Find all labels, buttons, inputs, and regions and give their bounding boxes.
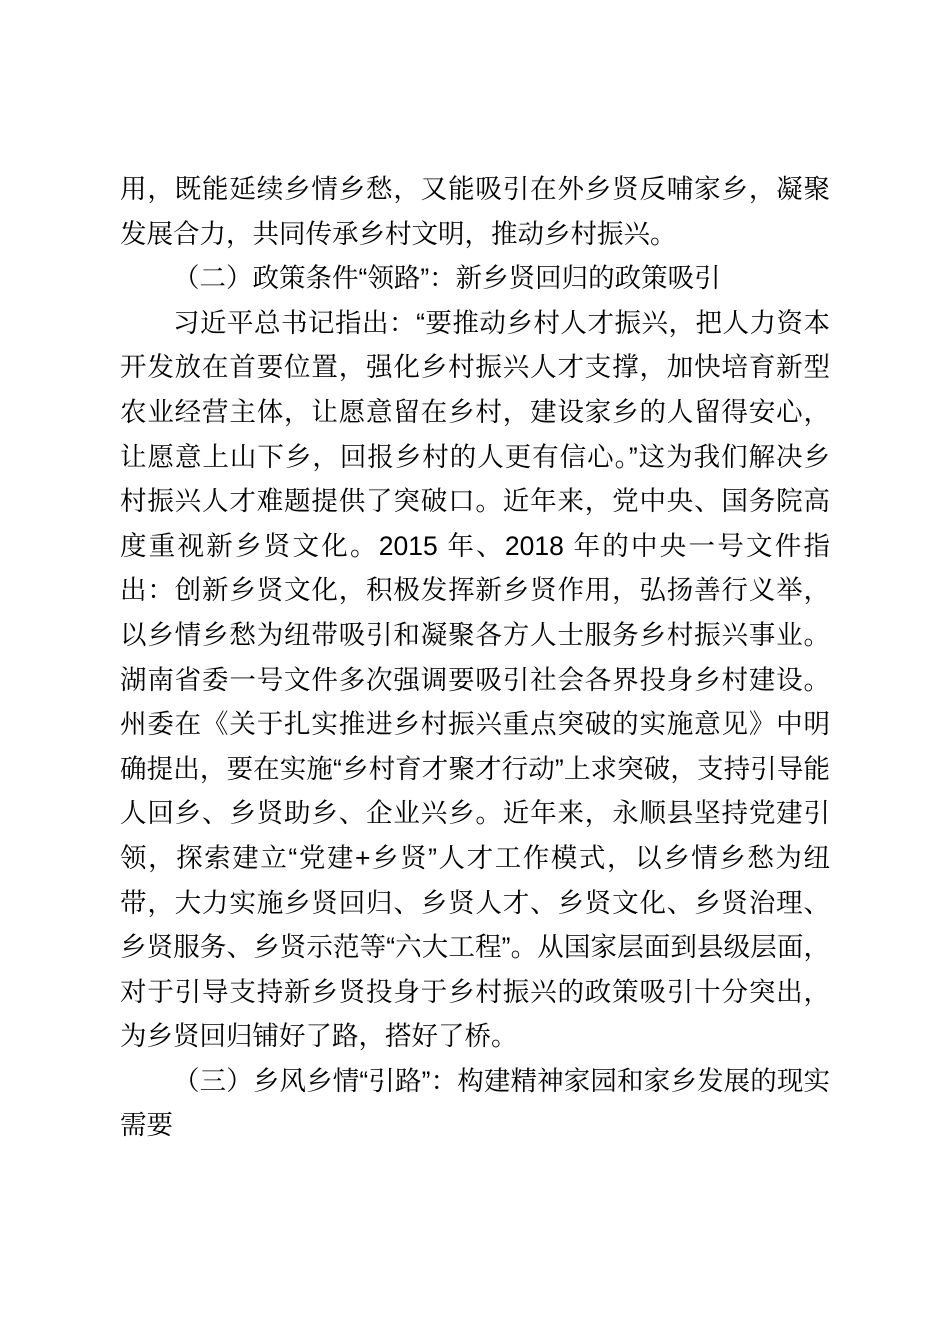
body-paragraph-continuation: 用，既能延续乡情乡愁，又能吸引在外乡贤反哺家乡，凝聚发展合力，共同传承乡村文明，… [120,167,830,256]
body-paragraph: 习近平总书记指出：“要推动乡村人才振兴，把人力资本开发放在首要位置，强化乡村振兴… [120,301,830,1059]
section-heading-3: （三）乡风乡情“引路”：构建精神家园和家乡发展的现实需要 [120,1059,830,1148]
document-page: 用，既能延续乡情乡愁，又能吸引在外乡贤反哺家乡，凝聚发展合力，共同传承乡村文明，… [0,0,950,1344]
document-content: 用，既能延续乡情乡愁，又能吸引在外乡贤反哺家乡，凝聚发展合力，共同传承乡村文明，… [120,167,830,1148]
section-heading-2: （二）政策条件“领路”：新乡贤回归的政策吸引 [120,256,830,301]
